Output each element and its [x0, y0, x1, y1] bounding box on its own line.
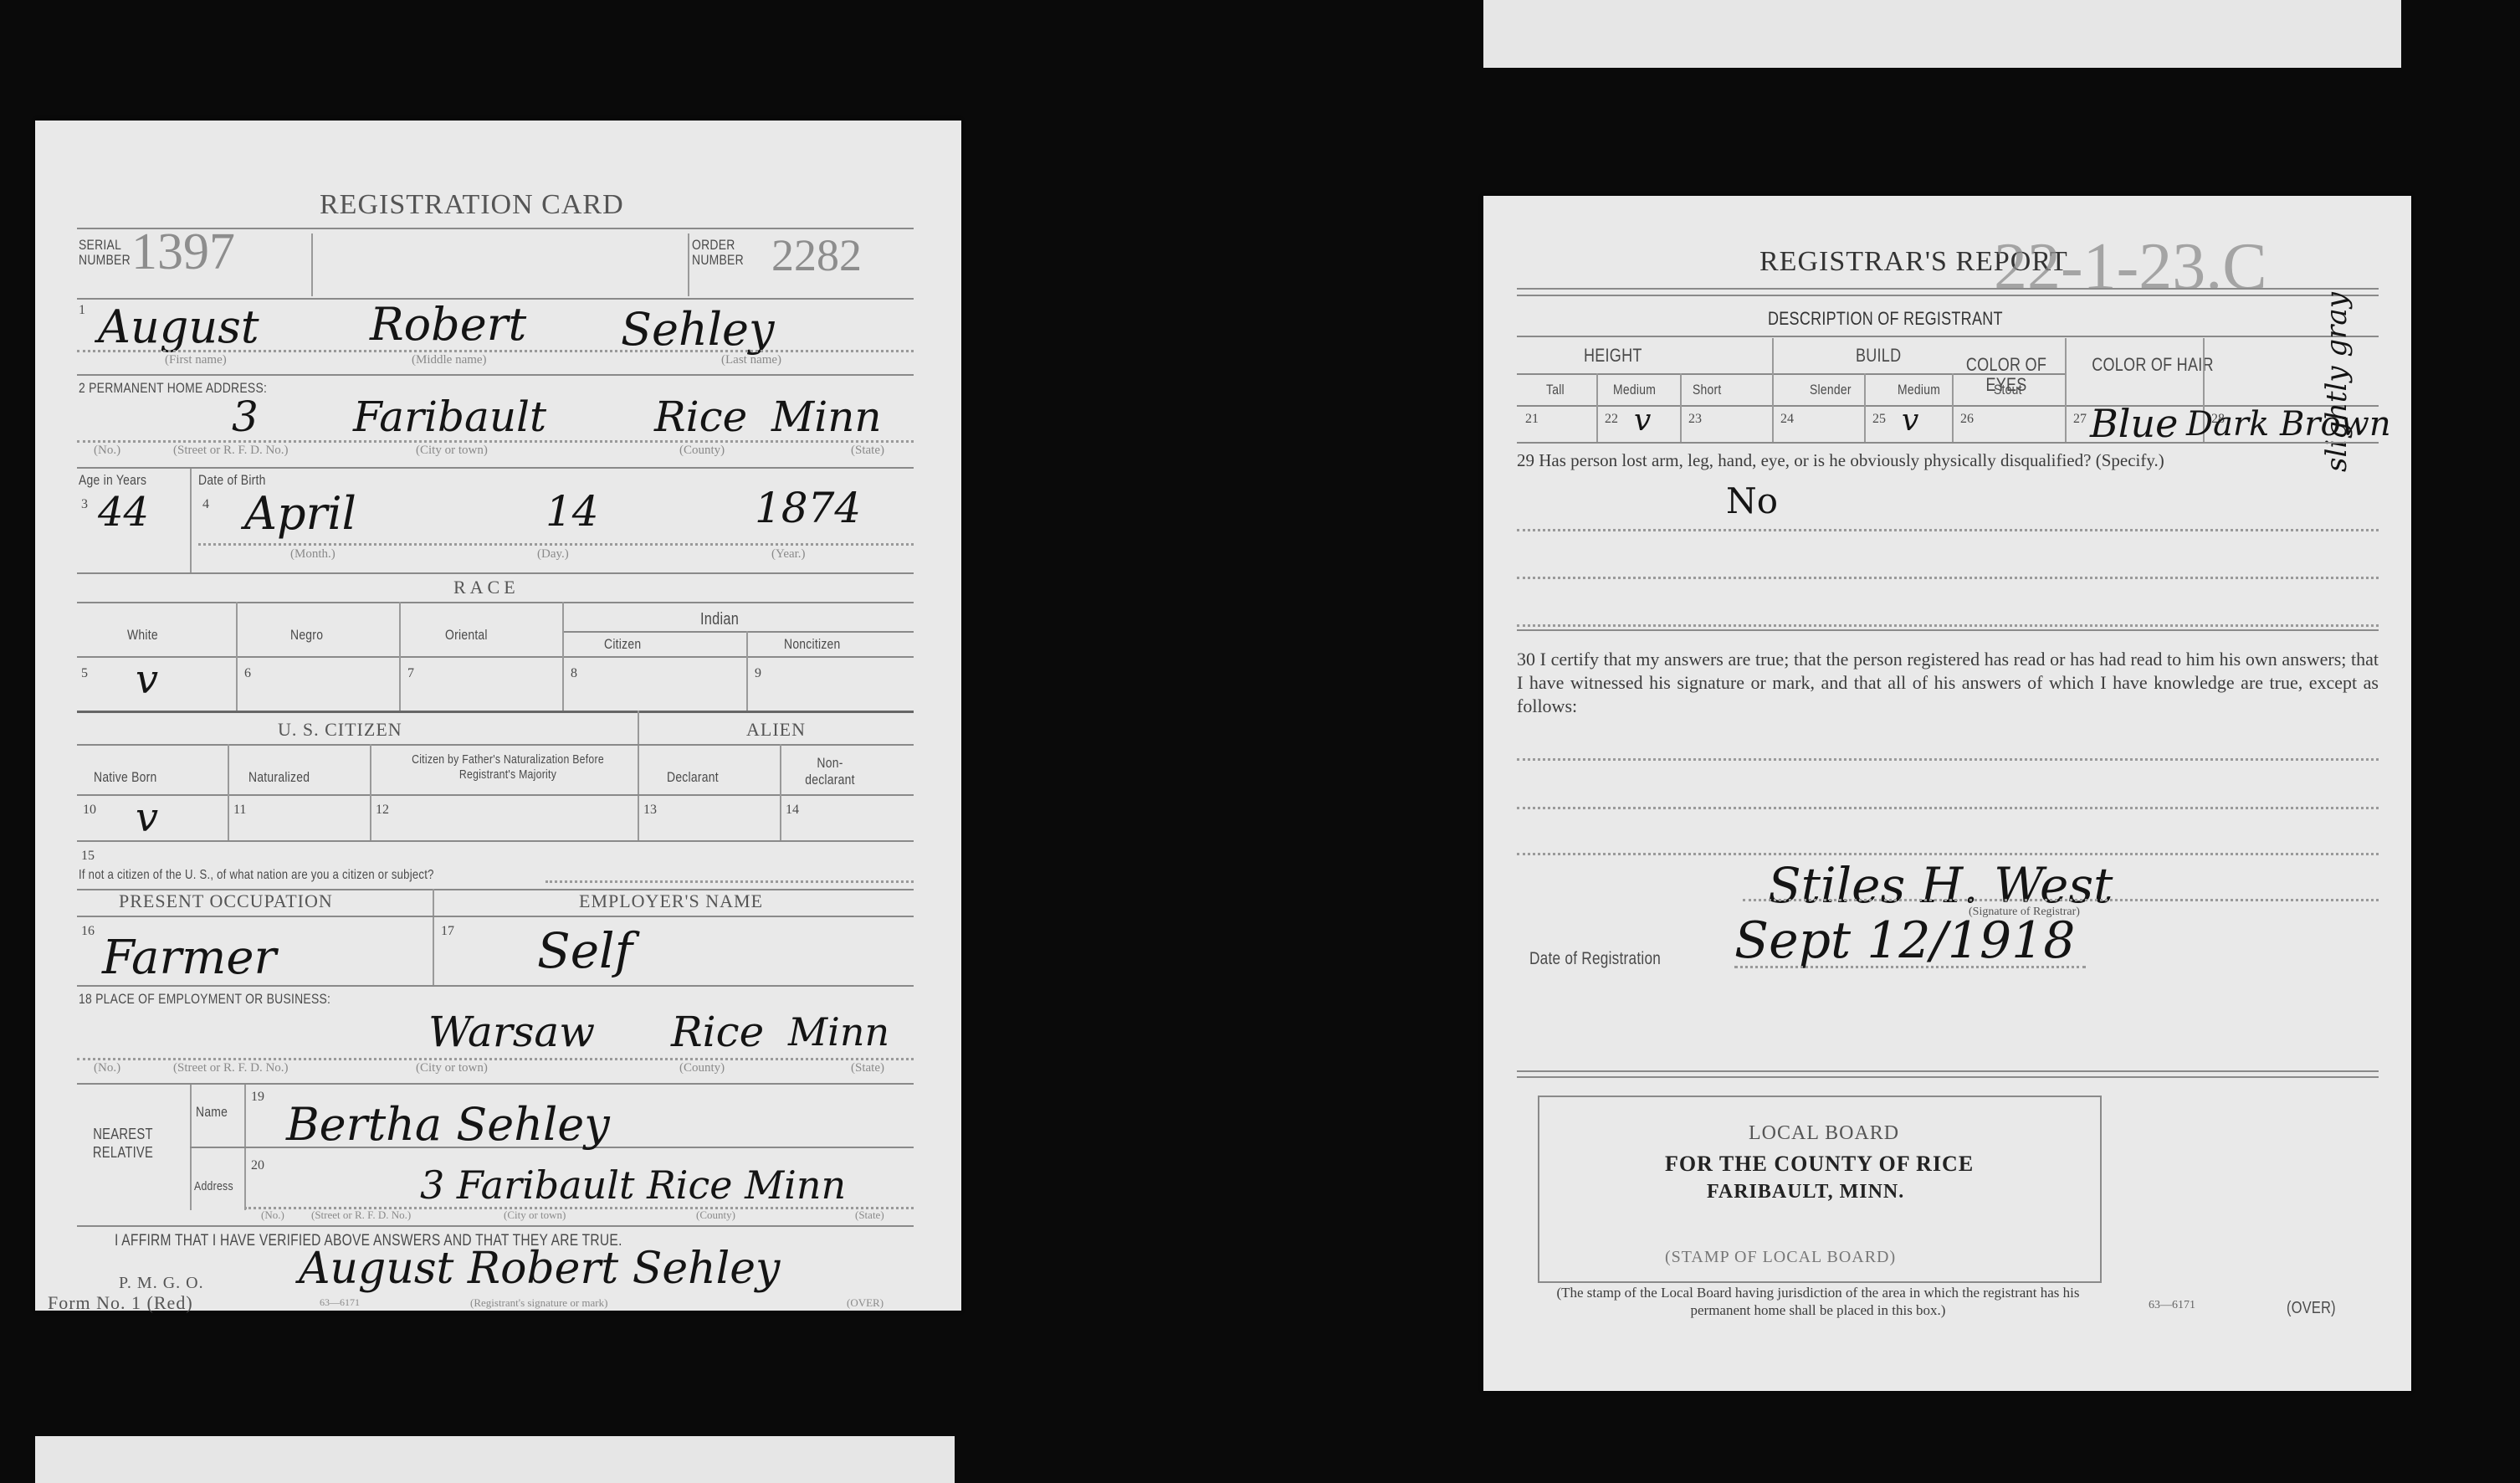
build-medium-check: v	[1902, 403, 1918, 438]
dob-month: April	[244, 487, 356, 540]
occupation-value: Farmer	[102, 931, 276, 985]
employer-label: EMPLOYER'S NAME	[579, 890, 763, 912]
date-of-registration-label: Date of Registration	[1529, 949, 1661, 969]
last-name: Sehley	[621, 303, 774, 356]
nearest-relative-address: 3 Faribault Rice Minn	[420, 1162, 846, 1208]
local-board-stamp-box: LOCAL BOARD FOR THE COUNTY OF RICE FARIB…	[1538, 1096, 2102, 1283]
age-value: 44	[98, 489, 149, 536]
race-white-check: v	[136, 656, 158, 703]
adjacent-card-fragment-top	[1483, 0, 2401, 68]
middle-name: Robert	[370, 298, 526, 351]
stamp-line-1: LOCAL BOARD	[1749, 1122, 1899, 1145]
first-name: August	[98, 300, 259, 353]
nearest-relative-label: NEAREST RELATIVE	[89, 1125, 157, 1162]
hair-margin-note: slightly gray	[2320, 292, 2354, 472]
q30-certification: 30 I certify that my answers are true; t…	[1517, 648, 2379, 718]
stamp-caption: (STAMP OF LOCAL BOARD)	[1665, 1248, 1896, 1267]
order-number: 2282	[771, 229, 862, 281]
hair-color-value: Dark Brown	[2186, 405, 2391, 444]
serial-number: 1397	[131, 223, 235, 282]
stamp-line-3: FARIBAULT, MINN.	[1707, 1181, 1904, 1203]
dob-year: 1874	[755, 484, 861, 532]
pmgo-label: P. M. G. O.	[119, 1274, 204, 1293]
employer-value: Self	[537, 922, 633, 979]
registrars-report-card: REGISTRAR'S REPORT 22-1-23.C DESCRIPTION…	[1483, 196, 2411, 1391]
dob-day: 14	[545, 487, 599, 536]
stamp-instruction-note: (The stamp of the Local Board having jur…	[1534, 1284, 2103, 1319]
stamp-line-2: FOR THE COUNTY OF RICE	[1665, 1152, 1974, 1177]
description-heading: DESCRIPTION OF REGISTRANT	[1768, 308, 2003, 330]
dob-label: Date of Birth	[198, 472, 266, 489]
age-label: Age in Years	[79, 472, 146, 489]
native-born-check: v	[136, 794, 158, 841]
place-of-employment-county: Rice	[671, 1008, 764, 1056]
nearest-relative-name: Bertha Sehley	[286, 1098, 610, 1151]
home-address-state: Minn	[771, 393, 882, 441]
card-title: REGISTRATION CARD	[320, 189, 624, 221]
height-medium-check: v	[1634, 403, 1651, 438]
place-of-employment-state: Minn	[788, 1009, 889, 1055]
form-number: Form No. 1 (Red)	[48, 1292, 193, 1314]
order-label: ORDER NUMBER	[692, 238, 733, 268]
alien-heading: ALIEN	[746, 719, 806, 741]
registrant-signature: August Robert Sehley	[299, 1244, 780, 1294]
registration-card: REGISTRATION CARD SERIAL NUMBER 1397 ORD…	[35, 121, 961, 1311]
occupation-label: PRESENT OCCUPATION	[119, 890, 333, 912]
eye-color-value: Blue	[2090, 401, 2178, 446]
race-heading: RACE	[453, 577, 520, 598]
date-of-registration-value: Sept 12/1918	[1734, 911, 2075, 970]
us-citizen-heading: U. S. CITIZEN	[278, 719, 402, 741]
serial-label: SERIAL NUMBER	[79, 238, 120, 268]
q15-text: If not a citizen of the U. S., of what n…	[79, 868, 434, 883]
home-address-no: 3	[232, 393, 259, 441]
place-of-employment-city: Warsaw	[428, 1008, 595, 1056]
place-of-employment-label: 18 PLACE OF EMPLOYMENT OR BUSINESS:	[79, 991, 330, 1008]
home-address-city: Faribault	[353, 393, 546, 441]
home-address-county: Rice	[654, 393, 747, 441]
q29-text: 29 Has person lost arm, leg, hand, eye, …	[1517, 449, 2379, 472]
q29-answer: No	[1726, 480, 1778, 521]
adjacent-card-fragment-bottom	[35, 1436, 955, 1483]
